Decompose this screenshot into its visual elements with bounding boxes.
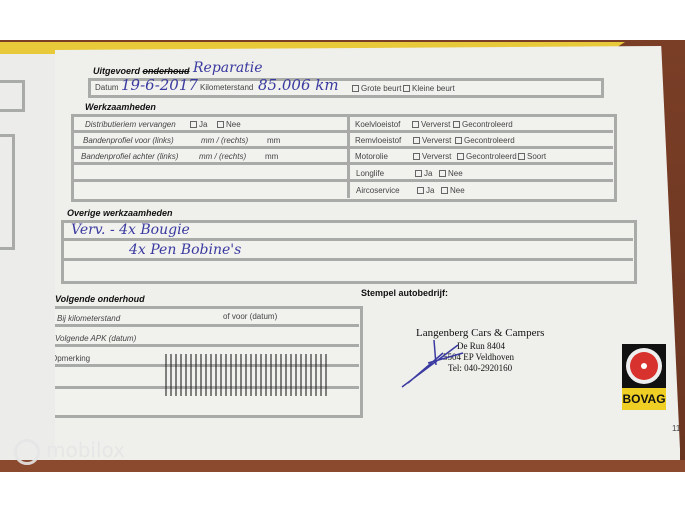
apk-label: Volgende APK (datum) [55, 334, 136, 343]
banden-voor-mid: mm / (rechts) [201, 136, 248, 145]
mobilox-logo-icon [14, 439, 40, 465]
watermark-text: mobilox [46, 438, 125, 462]
datum-value: 19-6-2017 [121, 76, 198, 94]
grote-beurt-checkbox[interactable]: Grote beurt [352, 84, 401, 93]
longlife-nee[interactable]: Nee [439, 169, 463, 178]
stempel-title: Stempel autobedrijf: [361, 288, 448, 298]
motorolie-gecontroleerd[interactable]: Gecontroleerd [457, 152, 517, 161]
aircoservice-label: Aircoservice [356, 186, 400, 195]
row-divider [73, 179, 613, 182]
redacted-remark [165, 354, 330, 396]
aircoservice-nee[interactable]: Nee [441, 186, 465, 195]
row-divider [39, 324, 359, 327]
bovag-logo: BOVAG [622, 344, 666, 410]
overige-title: Overige werkzaamheden [67, 208, 173, 218]
column-divider [347, 116, 350, 198]
banden-voor-unit: mm [267, 136, 280, 145]
werkzaamheden-title: Werkzaamheden [85, 102, 156, 112]
banden-achter-label: Bandenprofiel achter (links) [81, 152, 178, 161]
distributieriem-nee[interactable]: Nee [217, 120, 241, 129]
remvloeistof-gecontroleerd[interactable]: Gecontroleerd [455, 136, 515, 145]
remvloeistof-ververst[interactable]: Ververst [413, 136, 451, 145]
motorolie-soort[interactable]: Soort [518, 152, 546, 161]
uitgevoerd-label: Uitgevoerd onderhoud [93, 66, 190, 76]
signature [398, 335, 468, 395]
voor-datum-label: of voor (datum) [223, 312, 277, 321]
remvloeistof-label: Remvloeistof [355, 136, 401, 145]
koelvloeistof-ververst[interactable]: Ververst [412, 120, 450, 129]
banden-achter-unit: mm [265, 152, 278, 161]
white-margin [0, 472, 685, 514]
banden-achter-mid: mm / (rechts) [199, 152, 246, 161]
row-divider [39, 344, 359, 347]
opmerking-label: Opmerking [51, 354, 90, 363]
row-divider [73, 130, 613, 133]
kleine-beurt-checkbox[interactable]: Kleine beurt [403, 84, 455, 93]
row-divider [73, 146, 613, 149]
koelvloeistof-label: Koelvloeistof [355, 120, 400, 129]
distributieriem-label: Distributieriem vervangen [85, 120, 176, 129]
overige-line-2: 4x Pen Bobine's [129, 242, 241, 258]
motorolie-ververst[interactable]: Ververst [413, 152, 451, 161]
longlife-ja[interactable]: Ja [415, 169, 432, 178]
volgende-title: Volgende onderhoud [55, 294, 145, 304]
bovag-text: BOVAG [622, 388, 666, 410]
bij-km-label: Bij kilometerstand [57, 314, 120, 323]
distributieriem-ja[interactable]: Ja [190, 120, 207, 129]
page-number: 11 [672, 424, 680, 433]
datum-label: Datum [95, 83, 119, 92]
km-value: 85.006 km [258, 76, 339, 94]
km-label: Kilometerstand [200, 83, 253, 92]
overige-line-1: Verv. - 4x Bougie [71, 222, 190, 238]
koelvloeistof-gecontroleerd[interactable]: Gecontroleerd [453, 120, 513, 129]
row-divider [73, 162, 613, 165]
mobilox-watermark: mobilox [14, 438, 125, 465]
aircoservice-ja[interactable]: Ja [417, 186, 434, 195]
row-divider [63, 258, 633, 261]
uitgevoerd-value: Reparatie [193, 60, 263, 76]
form-page: Uitgevoerd onderhoud Reparatie Datum 19-… [55, 46, 680, 466]
row-divider [63, 238, 633, 241]
motorolie-label: Motorolie [355, 152, 388, 161]
longlife-label: Longlife [356, 169, 384, 178]
banden-voor-label: Bandenprofiel voor (links) [83, 136, 174, 145]
